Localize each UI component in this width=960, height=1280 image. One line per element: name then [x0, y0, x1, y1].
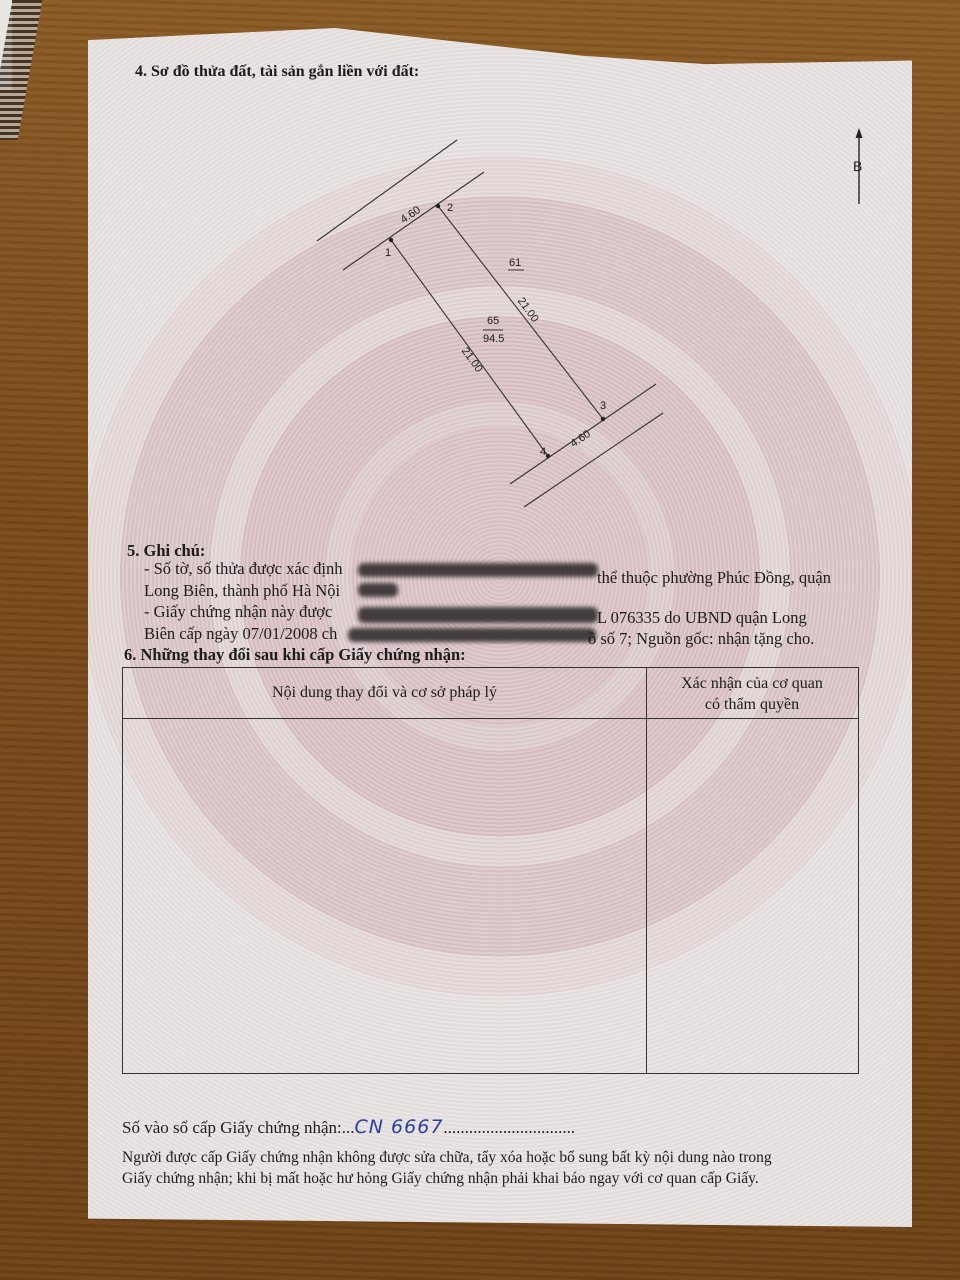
- table-column-divider: [646, 668, 647, 1073]
- north-label: B: [853, 158, 862, 174]
- section5-title: 5. Ghi chú:: [127, 541, 205, 561]
- note-line-1b: thể thuộc phường Phúc Đồng, quận: [597, 568, 831, 588]
- note-line-4b: ồ số 7; Nguồn gốc: nhận tặng cho.: [588, 629, 814, 649]
- column-header-confirmation-line1: Xác nhận của cơ quan: [647, 673, 857, 694]
- parcel-number: 65: [487, 315, 499, 327]
- footer-notice-line2: Giấy chứng nhận; khi bị mất hoặc hư hỏng…: [122, 1170, 759, 1188]
- section6-title: 6. Những thay đổi sau khi cấp Giấy chứng…: [124, 645, 466, 665]
- point-4-label: 4: [540, 446, 546, 458]
- note-line-3a: - Giấy chứng nhận này được: [144, 602, 332, 622]
- column-header-changes: Nội dung thay đổi và cơ sở pháp lý: [123, 682, 646, 703]
- registry-dots-before: ...: [342, 1118, 355, 1137]
- redacted-text: [358, 583, 398, 597]
- note-line-1a: - Số tờ, số thửa được xác định: [144, 559, 342, 579]
- registry-number-handwritten: CN 6667: [355, 1116, 444, 1138]
- registry-dots-after: ...............................: [443, 1118, 575, 1137]
- section4-title: 4. Sơ đồ thửa đất, tài sản gắn liền với …: [135, 63, 419, 81]
- redacted-text: [358, 563, 598, 577]
- point-3-label: 3: [600, 400, 606, 412]
- point-2-label: 2: [447, 202, 453, 214]
- note-line-2: Long Biên, thành phố Hà Nội: [144, 581, 340, 601]
- footer-notice-line1: Người được cấp Giấy chứng nhận không đượ…: [122, 1149, 772, 1167]
- column-header-confirmation-line2: có thẩm quyền: [647, 694, 857, 715]
- note-line-3b: L 076335 do UBND quận Long: [597, 608, 807, 628]
- neighbor-parcel-number: 61: [509, 257, 521, 269]
- registry-label: Số vào sổ cấp Giấy chứng nhận:: [122, 1118, 342, 1137]
- table-header-divider: [123, 718, 858, 719]
- redacted-text: [348, 628, 596, 642]
- note-line-4a: Biên cấp ngày 07/01/2008 ch: [144, 624, 337, 644]
- changes-table: Nội dung thay đổi và cơ sở pháp lý Xác n…: [122, 667, 859, 1074]
- registry-number-row: Số vào sổ cấp Giấy chứng nhận:...CN 6667…: [122, 1116, 575, 1138]
- parcel-area: 94.5: [483, 333, 504, 345]
- point-1-label: 1: [385, 247, 391, 259]
- redacted-text: [358, 607, 598, 623]
